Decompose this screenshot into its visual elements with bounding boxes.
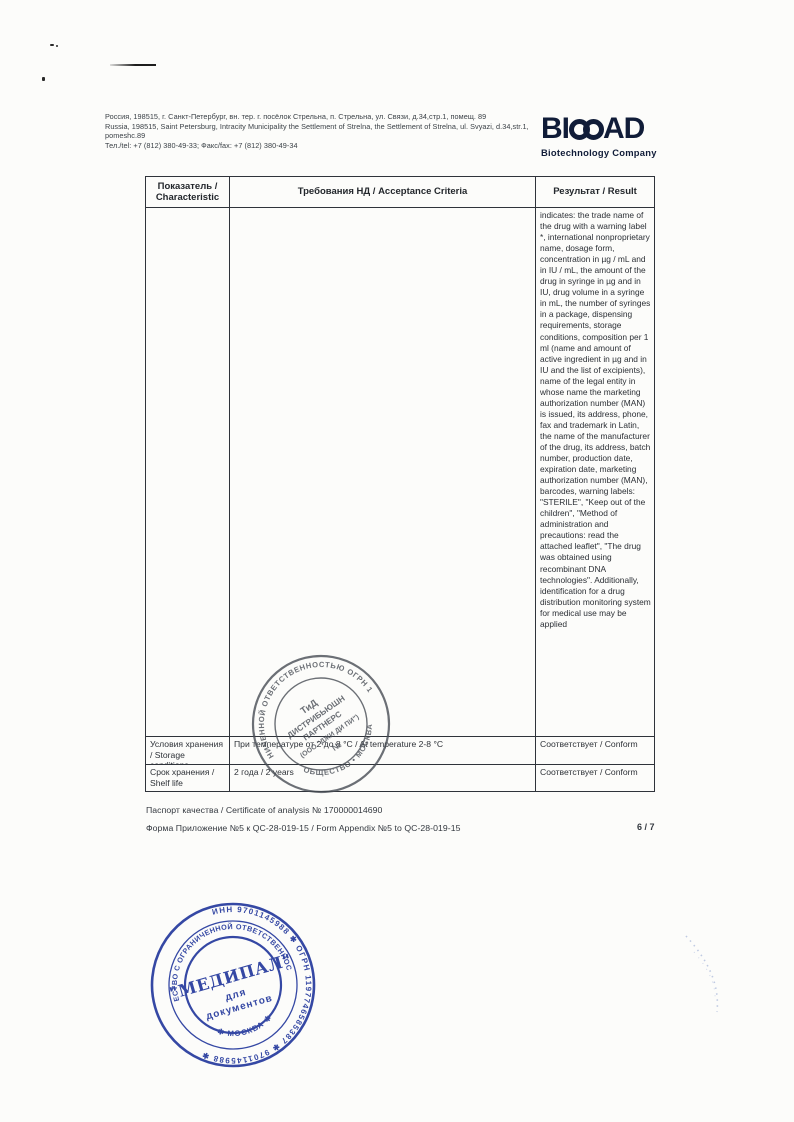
certificate-number-line: Паспорт качества / Certificate of analys… [146, 805, 382, 815]
logo-letters-left: BI [541, 114, 569, 144]
logo-ring-icon [583, 119, 604, 140]
company-address-block: Россия, 198515, г. Санкт-Петербург, вн. … [105, 112, 535, 151]
logo-tagline: Biotechnology Company [541, 147, 681, 158]
page-number: 6 / 7 [637, 822, 655, 832]
qc-results-table: Показатель / Characteristic Требования Н… [145, 176, 655, 792]
table-header-characteristic: Показатель / Characteristic [146, 177, 230, 208]
logo-letters-right: AD [603, 114, 644, 144]
storage-conditions-label: Условия хранения / Storage conditions [146, 737, 230, 765]
storage-conditions-result: Соответствует / Conform [536, 737, 654, 765]
table-cell-empty [146, 208, 230, 737]
stamp-center-line: № [330, 739, 344, 753]
scan-speck [42, 77, 45, 81]
shelf-life-result: Соответствует / Conform [536, 765, 654, 791]
table-header-result: Результат / Result [536, 177, 654, 208]
address-line: Тел./tel: +7 (812) 380-49-33; Факс/fax: … [105, 141, 535, 151]
table-header-criteria: Требования НД / Acceptance Criteria [230, 177, 536, 208]
address-line: pomeshc.89 [105, 131, 535, 141]
ghost-stamp-arc [660, 900, 794, 1060]
biocad-logo-text: BI AD [541, 114, 681, 144]
address-line: Россия, 198515, г. Санкт-Петербург, вн. … [105, 112, 535, 122]
form-reference-line: Форма Приложение №5 к QC-28-019-15 / For… [146, 823, 460, 833]
labelling-result-text: indicates: the trade name of the drug wi… [536, 208, 654, 737]
shelf-life-label: Срок хранения / Shelf life [146, 765, 230, 791]
address-line: Russia, 198515, Saint Petersburg, Intrac… [105, 122, 535, 132]
scan-speck [56, 45, 58, 47]
medipal-stamp: ИНН 9701145988 ✱ ОГРН 1197746585387 ✱ 97… [146, 900, 320, 1070]
biocad-logo: BI AD Biotechnology Company [541, 114, 681, 158]
distributor-stamp: С ОГРАНИЧЕННОЙ ОТВЕТСТВЕННОСТЬЮ ОГРН 115… [243, 646, 399, 802]
scan-line-artifact [110, 64, 156, 66]
scan-speck [50, 44, 54, 46]
